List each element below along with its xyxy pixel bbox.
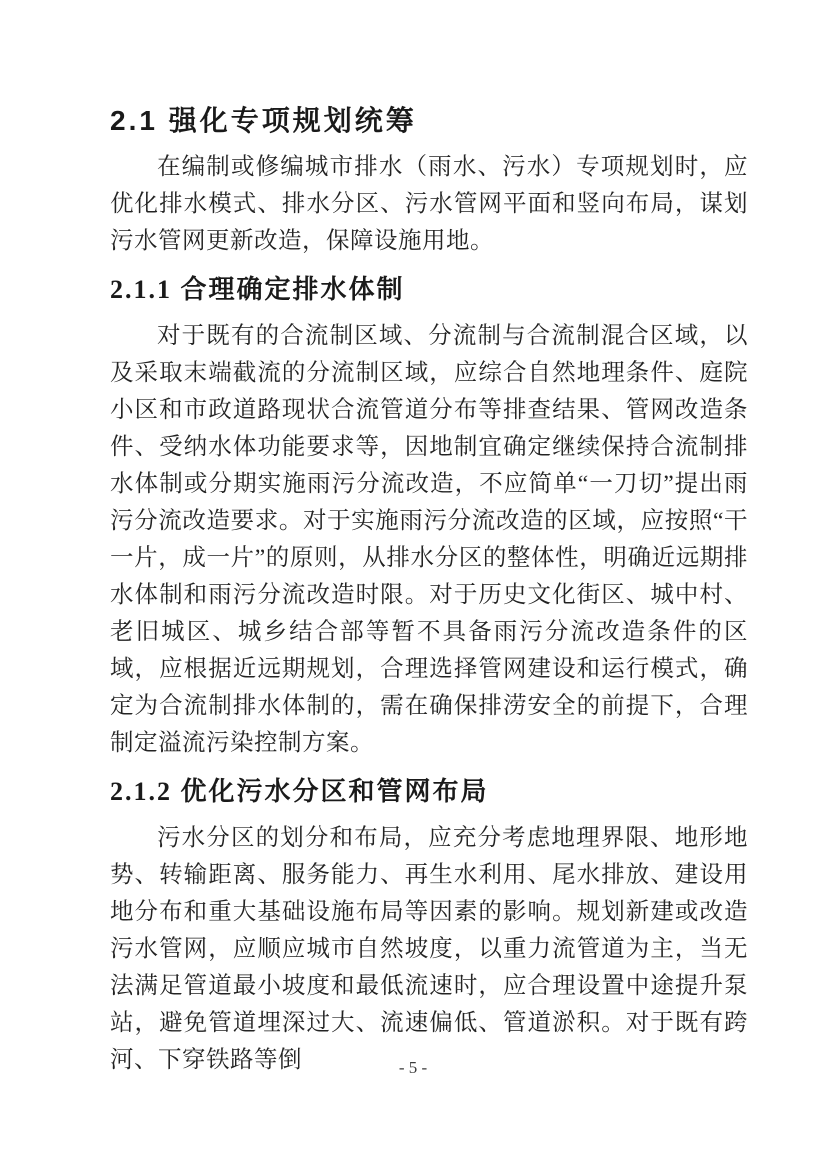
section-heading-2-1-2: 2.1.2 优化污水分区和管网布局 [110, 773, 748, 811]
section-heading-2-1-1: 2.1.1 合理确定排水体制 [110, 271, 748, 309]
paragraph-2-1-intro: 在编制或修编城市排水（雨水、污水）专项规划时，应优化排水模式、排水分区、污水管网… [110, 149, 748, 260]
section-heading-2-1: 2.1 强化专项规划统筹 [110, 102, 748, 140]
paragraph-2-1-1-body: 对于既有的合流制区域、分流制与合流制混合区域，以及采取末端截流的分流制区域，应综… [110, 318, 748, 762]
paragraph-2-1-2-body: 污水分区的划分和布局，应充分考虑地理界限、地形地势、转输距离、服务能力、再生水利… [110, 820, 748, 1079]
document-page: 2.1 强化专项规划统筹 在编制或修编城市排水（雨水、污水）专项规划时，应优化排… [0, 0, 826, 1169]
page-number: - 5 - [0, 1058, 826, 1078]
page-content: 2.1 强化专项规划统筹 在编制或修编城市排水（雨水、污水）专项规划时，应优化排… [110, 102, 748, 1079]
